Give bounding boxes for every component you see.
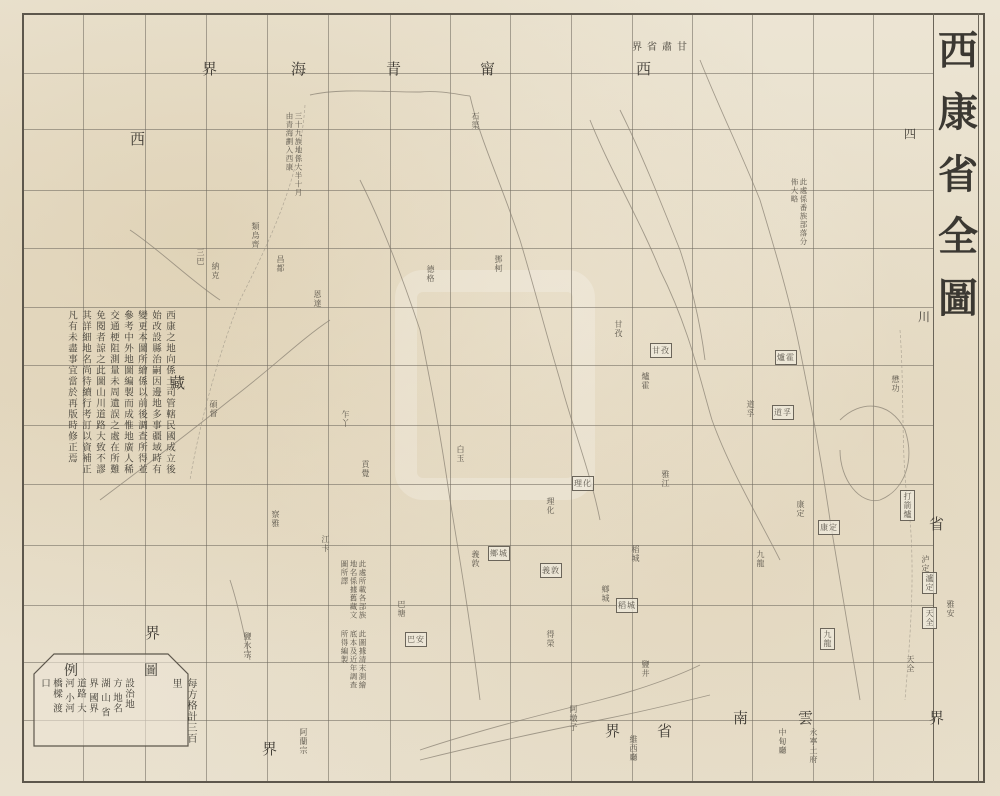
border-char: 川 (918, 308, 930, 325)
county-seat-label: 瀘定 (922, 572, 937, 594)
border-char: 界 (145, 622, 160, 643)
county-seat-label: 康定 (818, 520, 840, 535)
legend-item: 地名 (111, 693, 122, 714)
legend-item: 橋樑 (51, 678, 62, 699)
river (130, 230, 220, 300)
border-char: 雲 (798, 707, 813, 728)
place-label: 江卡 (320, 535, 331, 553)
border-char: 南 (733, 707, 748, 728)
place-label: 碩督 (208, 400, 219, 418)
place-label: 三巴 (195, 248, 206, 266)
county-seat-label: 甘孜 (650, 343, 672, 358)
county-seat-label: 鄉城 (488, 546, 510, 561)
county-seat-label: 巴安 (405, 632, 427, 647)
place-label: 懋功 (890, 375, 901, 393)
legend-item: 國界 (87, 693, 98, 714)
place-label: 康定 (795, 500, 806, 518)
border-char: 省 (929, 513, 944, 534)
place-label: 永寧土府 (808, 728, 819, 764)
title-char: 西 (938, 20, 978, 82)
place-label: 雅江 (660, 470, 671, 488)
place-label: 阿墩子 (568, 705, 579, 732)
place-label: 中甸廳 (777, 728, 788, 755)
place-label: 雅安 (945, 600, 956, 618)
explanatory-note: 西康之地向係土司管轄民國成立後始改設縣治嗣因邊地多事疆域時有變更本圖所繪係以前後… (36, 310, 176, 480)
river-loop (840, 406, 909, 501)
border-char: 甯 (480, 58, 495, 79)
title-char: 康 (938, 82, 978, 144)
legend-title-char: 圖 (144, 660, 158, 680)
river (620, 110, 705, 360)
place-label: 阿蘭宗 (298, 728, 309, 755)
border-char: 省 (657, 720, 672, 741)
place-label: 維西廳 (628, 735, 639, 762)
legend-items: 設治地方 地名 湖 山 省界 國界 道路 大河 小河 橋樑 渡口 (38, 678, 134, 718)
county-seat-label: 義敦 (540, 563, 562, 578)
place-label: 泸定 (920, 555, 931, 573)
place-label: 義敦 (470, 550, 481, 568)
county-seat-label: 天全 (922, 607, 937, 629)
annotation: 此圖據清末測繪底本及近年調查所得編製 (340, 630, 367, 690)
border-char: 界 (929, 707, 944, 728)
map-legend: 圖 例 設治地方 地名 湖 山 省界 國界 道路 大河 小河 橋樑 渡口 每方格… (32, 652, 190, 748)
place-label: 白玉 (455, 445, 466, 463)
river-lancang (360, 180, 480, 700)
annotation: 此處所載各部族地名係據舊藏文圖所譯 (340, 560, 367, 620)
border-char: 界 (202, 58, 217, 79)
county-seat-label: 打箭爐 (900, 490, 915, 521)
place-label: 恩達 (312, 290, 323, 308)
place-label: 道孚 (745, 400, 756, 418)
place-label: 爐霍 (640, 372, 651, 390)
legend-item: 湖 (99, 678, 110, 689)
border-char: 西 (636, 58, 651, 79)
county-seat-label: 稻城 (616, 598, 638, 613)
place-label: 天全 (905, 655, 916, 673)
river-jinsha (470, 96, 600, 520)
place-label: 貢覺 (360, 460, 371, 478)
place-label: 得榮 (545, 630, 556, 648)
place-label: 察雅 (270, 510, 281, 528)
border-char: 界 (262, 738, 277, 759)
annotation: 此處係番族部落分佈大略 (790, 178, 808, 248)
border-char: 西 (130, 128, 145, 149)
place-label: 乍丫 (340, 410, 351, 428)
place-label: 甘孜 (613, 320, 624, 338)
legend-item: 小河 (63, 693, 74, 714)
place-label: 鹽水宗 (242, 632, 253, 659)
border-char: 青 (386, 58, 401, 79)
border-label-gansu: 甘肅省界 (632, 38, 692, 53)
legend-title-char: 例 (64, 660, 78, 680)
county-seat-label: 道孚 (772, 405, 794, 420)
place-label: 理化 (545, 497, 556, 515)
title-char: 全 (938, 206, 978, 268)
legend-scale: 每方格計三百里 (168, 678, 198, 744)
annotation: 三十九族地係大半十月由青海劃入西康 (285, 112, 303, 202)
place-label: 石渠 (470, 112, 481, 130)
place-label: 稻城 (630, 545, 641, 563)
legend-item: 山 (99, 693, 110, 704)
river-yalong (590, 120, 780, 560)
place-label: 鄉城 (600, 585, 611, 603)
place-label: 九龍 (755, 550, 766, 568)
border-char: 界 (605, 720, 620, 741)
map-title: 西 康 省 全 圖 (935, 20, 981, 330)
river-dadu (700, 60, 860, 700)
title-char: 圖 (938, 268, 978, 330)
legend-item: 道路 (75, 678, 86, 699)
county-seat-label: 爐霍 (775, 350, 797, 365)
place-label: 巴塘 (396, 600, 407, 618)
place-label: 類烏齊 (250, 222, 261, 249)
place-label: 納克 (210, 262, 221, 280)
place-label: 昌都 (275, 255, 286, 273)
place-label: 德格 (425, 265, 436, 283)
place-label: 鄧柯 (493, 255, 504, 273)
border-char: 四 (904, 125, 916, 142)
county-seat-label: 理化 (572, 476, 594, 491)
county-seat-label: 九龍 (820, 628, 835, 650)
title-char: 省 (938, 144, 978, 206)
river (310, 91, 470, 96)
place-label: 鹽井 (640, 660, 651, 678)
border-char: 海 (291, 58, 306, 79)
